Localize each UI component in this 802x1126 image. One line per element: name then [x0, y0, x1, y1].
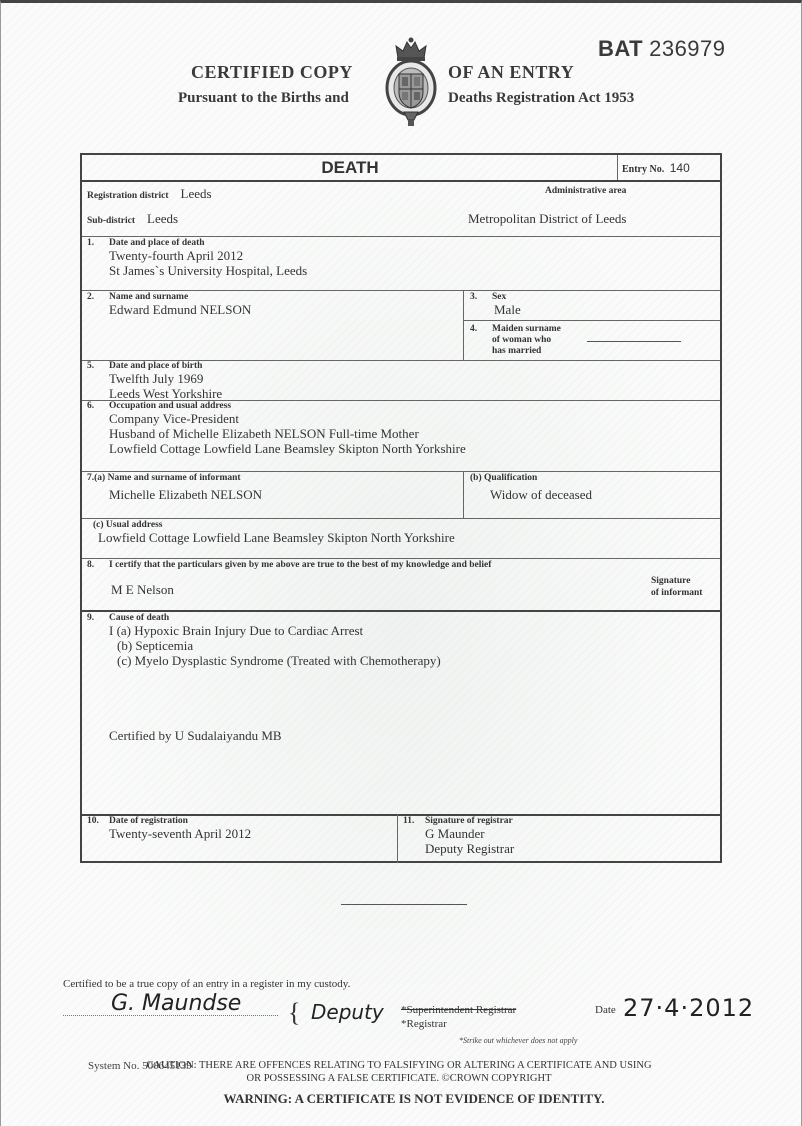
royal-coat-of-arms-icon	[378, 36, 444, 128]
handwritten-role: Deputy	[311, 1000, 384, 1024]
strike-out-note: *Strike out whichever does not apply	[459, 1036, 577, 1045]
field-label: Name and surname	[109, 292, 188, 302]
field-label: of woman who	[492, 335, 561, 346]
divider	[82, 518, 720, 519]
administrative-area-value: Metropolitan District of Leeds	[468, 211, 627, 226]
field-label: of informant	[651, 587, 702, 599]
usual-address: Lowfield Cottage Lowfield Lane Beamsley …	[109, 441, 466, 456]
occupation: Company Vice-President	[109, 411, 466, 426]
field-label: Date of registration	[109, 816, 188, 826]
field-date-of-registration: 10.Date of registration Twenty-seventh A…	[87, 816, 251, 841]
field-maiden-surname: 4. Maiden surname of woman who has marri…	[470, 324, 561, 357]
caution-line-2: OR POSSESSING A FALSE CERTIFICATE. ©CROW…	[119, 1073, 679, 1084]
cause-1a: I (a) Hypoxic Brain Injury Due to Cardia…	[109, 623, 441, 638]
field-label: Maiden surname	[492, 324, 561, 335]
certified-copy-statement: Certified to be a true copy of an entry …	[63, 978, 350, 990]
field-qualification: (b) Qualification Widow of deceased	[470, 473, 592, 502]
serial-digits: 236979	[649, 36, 671, 62]
divider	[617, 155, 618, 180]
registrar-title: Deputy Registrar	[425, 841, 514, 856]
field-cause-of-death: 9.Cause of death I (a) Hypoxic Brain Inj…	[87, 613, 441, 668]
field-label: Occupation and usual address	[109, 401, 231, 411]
field-informant-name: 7.(a) Name and surname of informant Mich…	[87, 473, 262, 502]
header-title-left: CERTIFIED COPY	[191, 62, 353, 83]
header-subtitle-right: Deaths Registration Act 1953	[448, 90, 634, 107]
date-label: Date	[595, 1004, 616, 1016]
administrative-area-label: Administrative area	[545, 186, 626, 196]
divider	[82, 610, 720, 612]
field-number: 7.(a)	[87, 473, 105, 483]
death-entry-form: DEATH Entry No. 140 Registration distric…	[80, 153, 722, 863]
sub-district-value: Leeds	[147, 211, 178, 226]
caution-line-1: CAUTION: THERE ARE OFFENCES RELATING TO …	[119, 1060, 679, 1071]
divider	[82, 471, 720, 472]
field-number: 3.	[470, 292, 492, 302]
entry-number: Entry No. 140	[622, 161, 690, 175]
field-label: Cause of death	[109, 613, 169, 623]
divider	[82, 558, 720, 559]
informant-name: Michelle Elizabeth NELSON	[109, 487, 262, 502]
death-date: Twenty-fourth April 2012	[109, 248, 307, 263]
field-date-place-of-death: 1.Date and place of death Twenty-fourth …	[87, 238, 307, 278]
cause-1c: (c) Myelo Dysplastic Syndrome (Treated w…	[117, 653, 441, 668]
divider	[397, 814, 398, 863]
informant-signature: M E Nelson	[111, 582, 491, 597]
field-number: 1.	[87, 238, 109, 248]
registration-district-value: Leeds	[181, 186, 212, 201]
field-label: Signature of registrar	[425, 816, 513, 826]
field-informant-address: (c) Usual address Lowfield Cottage Lowfi…	[93, 520, 455, 545]
sex-value: Male	[494, 302, 521, 317]
field-number: 11.	[403, 816, 425, 826]
field-label: I certify that the particulars given by …	[109, 560, 491, 570]
entry-number-value: 140	[670, 161, 690, 175]
registration-district: Registration district Leeds	[87, 185, 212, 203]
field-label: has married	[492, 346, 561, 357]
informant-address: Lowfield Cottage Lowfield Lane Beamsley …	[98, 530, 455, 545]
sub-district-label: Sub-district	[87, 216, 135, 226]
registrar-name: G Maunder	[425, 826, 514, 841]
divider	[463, 320, 720, 321]
identity-warning: WARNING: A CERTIFICATE IS NOT EVIDENCE O…	[119, 1091, 709, 1107]
field-number: 5.	[87, 361, 109, 371]
field-label: Qualification	[484, 473, 537, 483]
serial-number: BAT236979	[598, 36, 671, 62]
maiden-surname-blank-line	[587, 341, 681, 342]
separator-line	[341, 904, 467, 905]
death-place: St James`s University Hospital, Leeds	[109, 263, 307, 278]
header-title-right: OF AN ENTRY	[448, 62, 574, 83]
field-label: Date and place of death	[109, 238, 205, 248]
field-number: (b)	[470, 473, 482, 483]
deceased-name: Edward Edmund NELSON	[109, 302, 251, 317]
entry-number-label: Entry No.	[622, 164, 664, 175]
field-registrar-signature: 11.Signature of registrar G Maunder Depu…	[403, 816, 514, 856]
spouse-info: Husband of Michelle Elizabeth NELSON Ful…	[109, 426, 466, 441]
certified-by: Certified by U Sudalaiyandu MB	[109, 728, 282, 743]
option-superintendent-registrar: *Superintendent Registrar	[401, 1004, 516, 1016]
form-title: DEATH	[82, 158, 618, 178]
field-number: 9.	[87, 613, 109, 623]
divider	[82, 236, 720, 237]
certificate-page: BAT236979 CERTIFIED COPY Pursuant to the…	[0, 0, 802, 1126]
field-number: 6.	[87, 401, 109, 411]
field-label: Usual address	[106, 520, 163, 530]
field-label: Name and surname of informant	[108, 473, 241, 483]
field-name: 2.Name and surname Edward Edmund NELSON	[87, 292, 251, 317]
signature-of-informant-label: Signature of informant	[651, 575, 702, 599]
field-certification: 8.I certify that the particulars given b…	[87, 560, 491, 597]
brace: {	[288, 998, 300, 1028]
divider	[82, 290, 720, 291]
header-subtitle-left: Pursuant to the Births and	[178, 90, 349, 107]
cause-1b: (b) Septicemia	[117, 638, 441, 653]
handwritten-date: 27·4·2012	[623, 994, 754, 1022]
field-number: 2.	[87, 292, 109, 302]
birth-date: Twelfth July 1969	[109, 371, 222, 386]
registration-district-label: Registration district	[87, 191, 169, 201]
field-label: Signature	[651, 575, 702, 587]
field-label: Date and place of birth	[109, 361, 202, 371]
field-number: 4.	[470, 324, 492, 357]
field-label: Sex	[492, 292, 506, 302]
field-occupation-address: 6.Occupation and usual address Company V…	[87, 401, 466, 456]
field-number: 10.	[87, 816, 109, 826]
field-number: 8.	[87, 560, 109, 570]
sub-district: Sub-district Leeds	[87, 210, 178, 228]
field-date-place-of-birth: 5.Date and place of birth Twelfth July 1…	[87, 361, 222, 401]
field-number: (c)	[93, 520, 104, 530]
option-registrar: *Registrar	[401, 1018, 447, 1030]
divider	[82, 180, 720, 182]
qualification-value: Widow of deceased	[490, 487, 592, 502]
serial-prefix: BAT	[598, 36, 643, 61]
birth-place: Leeds West Yorkshire	[109, 386, 222, 401]
divider	[463, 290, 464, 360]
registrar-handwritten-signature: G. Maundse	[111, 991, 241, 1016]
field-sex: 3.Sex Male	[470, 292, 521, 317]
registration-date: Twenty-seventh April 2012	[109, 826, 251, 841]
divider	[463, 471, 464, 518]
